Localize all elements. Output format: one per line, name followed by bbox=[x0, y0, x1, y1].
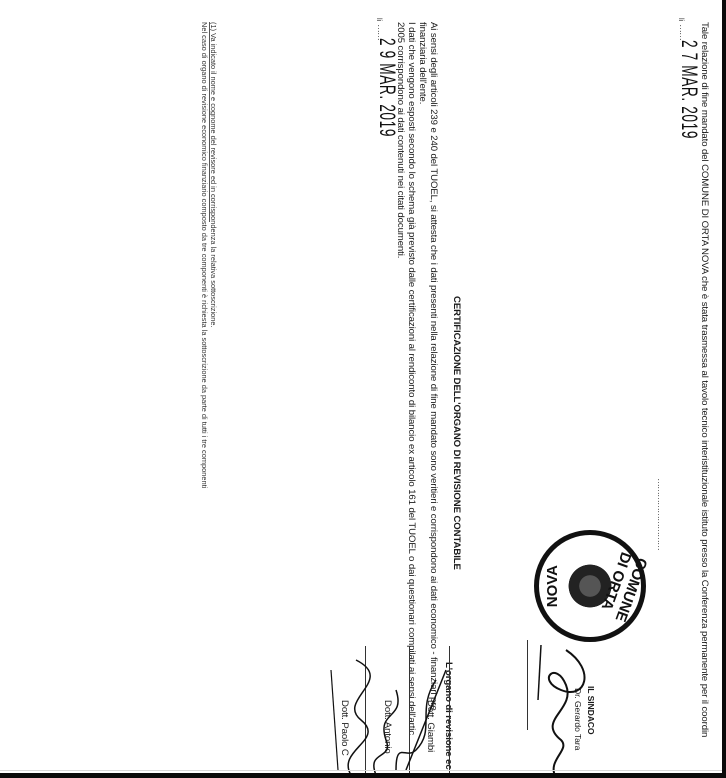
footnote-rule bbox=[209, 22, 210, 222]
handwritten-date-2: 2 9 MAR. 2019 bbox=[374, 38, 400, 137]
mayor-signature bbox=[526, 640, 596, 778]
mayor-signature-line bbox=[527, 640, 528, 730]
separator-line: ……………………… bbox=[656, 478, 666, 550]
scan-edge-rule bbox=[0, 770, 722, 771]
footnote-1: (1) Va indicato il nome e cognome del re… bbox=[209, 22, 218, 328]
certification-line-3: I dati che vengono esposti secondo lo sc… bbox=[406, 22, 417, 735]
date-prefix-1: li bbox=[677, 18, 686, 21]
municipal-stamp: COMUNE DI ORTA NOVA bbox=[534, 530, 646, 642]
revisor-signatures bbox=[326, 650, 456, 778]
scanned-document-page: Tale relazione di fine mandato del COMUN… bbox=[0, 0, 726, 778]
certification-title: CERTIFICAZIONE DELL'ORGANO DI REVISIONE … bbox=[451, 296, 462, 570]
scan-edge-right bbox=[722, 0, 726, 778]
footnote-2: Nel caso di organo di revisione economic… bbox=[200, 22, 209, 488]
handwritten-date-1: 2 7 MAR. 2019 bbox=[676, 40, 702, 139]
stamp-text-bottom: NOVA bbox=[544, 565, 561, 607]
certification-line-2: finanziaria dell'ente. bbox=[417, 22, 428, 104]
date-prefix-2: li bbox=[375, 18, 384, 21]
scan-edge-bottom bbox=[0, 773, 726, 778]
certification-line-1: Ai sensi degli articoli 239 e 240 del TU… bbox=[428, 22, 439, 711]
date-dots-1: …… bbox=[678, 24, 688, 40]
